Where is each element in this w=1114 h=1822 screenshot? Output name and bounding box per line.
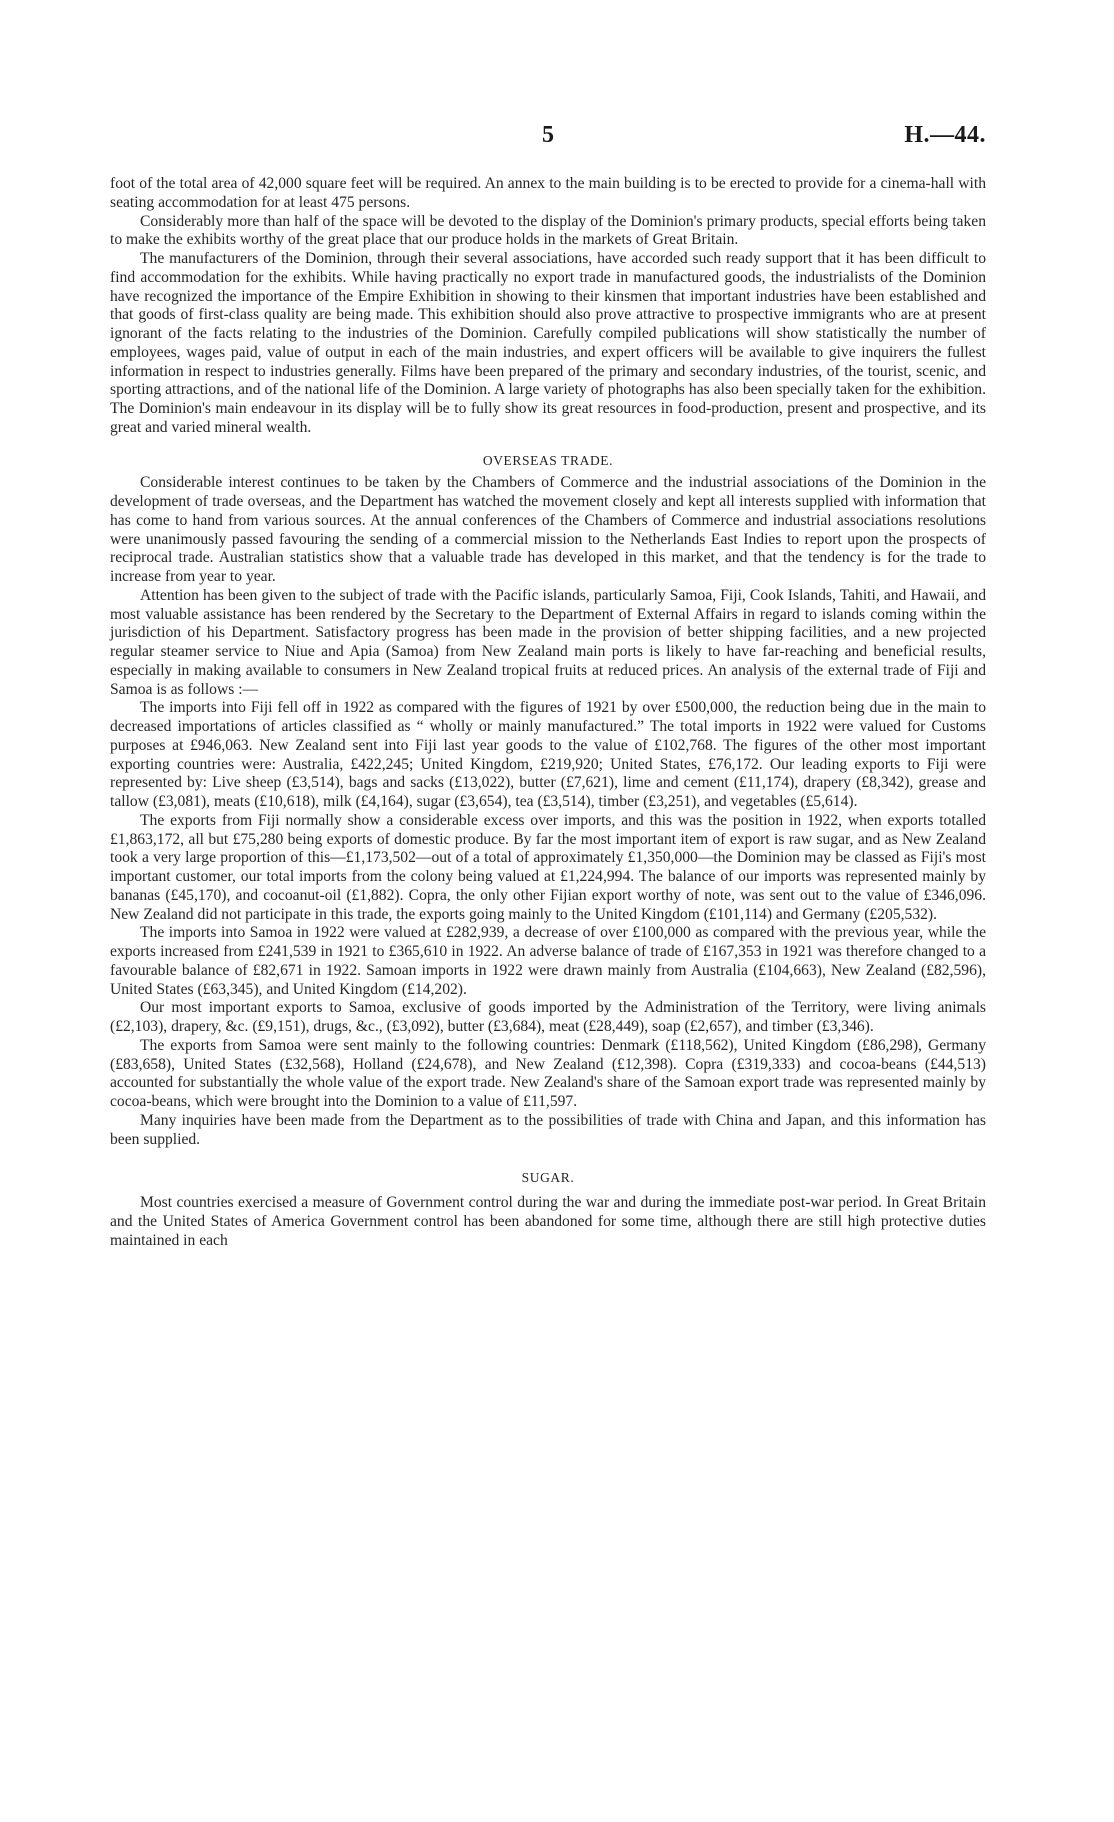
paragraph: Many inquiries have been made from the D… (110, 1112, 986, 1150)
paragraph: Our most important exports to Samoa, exc… (110, 999, 986, 1037)
paragraph: Attention has been given to the subject … (110, 587, 986, 700)
paragraph: The imports into Fiji fell off in 1922 a… (110, 699, 986, 812)
paragraph: foot of the total area of 42,000 square … (110, 175, 986, 213)
paragraph: Most countries exercised a measure of Go… (110, 1194, 986, 1250)
paragraph: Considerably more than half of the space… (110, 213, 986, 251)
section-heading: OVERSEAS TRADE. (110, 452, 986, 471)
paragraph: The exports from Samoa were sent mainly … (110, 1037, 986, 1112)
section-heading: SUGAR. (110, 1169, 986, 1188)
exhibition-section: foot of the total area of 42,000 square … (110, 175, 986, 438)
page-number: 5 (110, 122, 986, 149)
overseas-trade-section: OVERSEAS TRADE. Considerable interest co… (110, 452, 986, 1150)
paragraph: The imports into Samoa in 1922 were valu… (110, 924, 986, 999)
paragraph: The manufacturers of the Dominion, throu… (110, 250, 986, 438)
paragraph: Considerable interest continues to be ta… (110, 474, 986, 587)
document-body: foot of the total area of 42,000 square … (110, 175, 986, 1250)
document-reference: H.—44. (904, 122, 986, 149)
page-header: 5 H.—44. (110, 122, 986, 156)
sugar-section: SUGAR. Most countries exercised a measur… (110, 1169, 986, 1250)
paragraph: The exports from Fiji normally show a co… (110, 812, 986, 925)
